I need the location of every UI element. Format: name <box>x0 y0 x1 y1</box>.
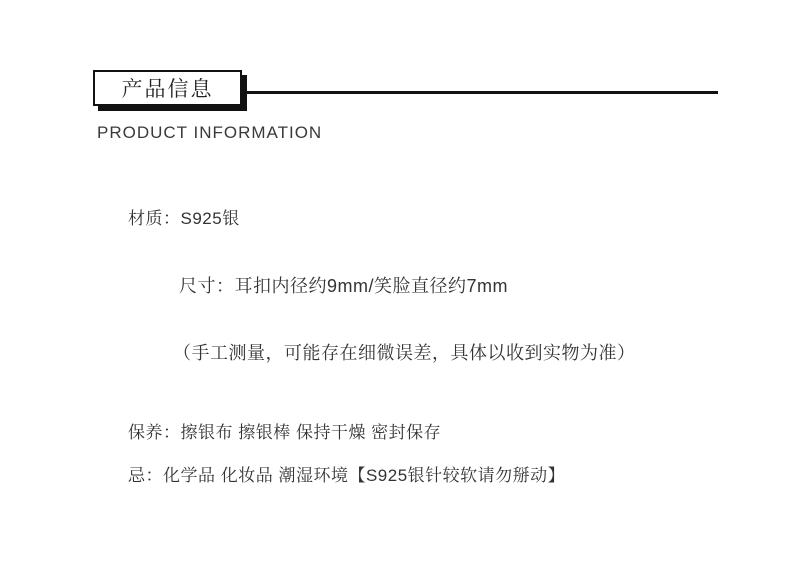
section-title: 产品信息 <box>122 73 214 103</box>
product-info-section: 产品信息 PRODUCT INFORMATION 材质：S925银 尺寸：耳扣内… <box>0 0 790 576</box>
size-text: 尺寸：耳扣内径约9mm/笑脸直径约7mm <box>179 272 508 298</box>
measurement-note-text: （手工测量，可能存在细微误差，具体以收到实物为准） <box>173 339 636 365</box>
section-title-box: 产品信息 <box>93 70 242 106</box>
warning-text: 忌：化学品 化妆品 潮湿环境【S925银针较软请勿掰动】 <box>128 461 565 486</box>
section-subtitle: PRODUCT INFORMATION <box>97 123 322 143</box>
title-underline-rule <box>244 91 718 94</box>
care-text: 保养：擦银布 擦银棒 保持干燥 密封保存 <box>128 418 441 443</box>
material-text: 材质：S925银 <box>128 204 240 229</box>
